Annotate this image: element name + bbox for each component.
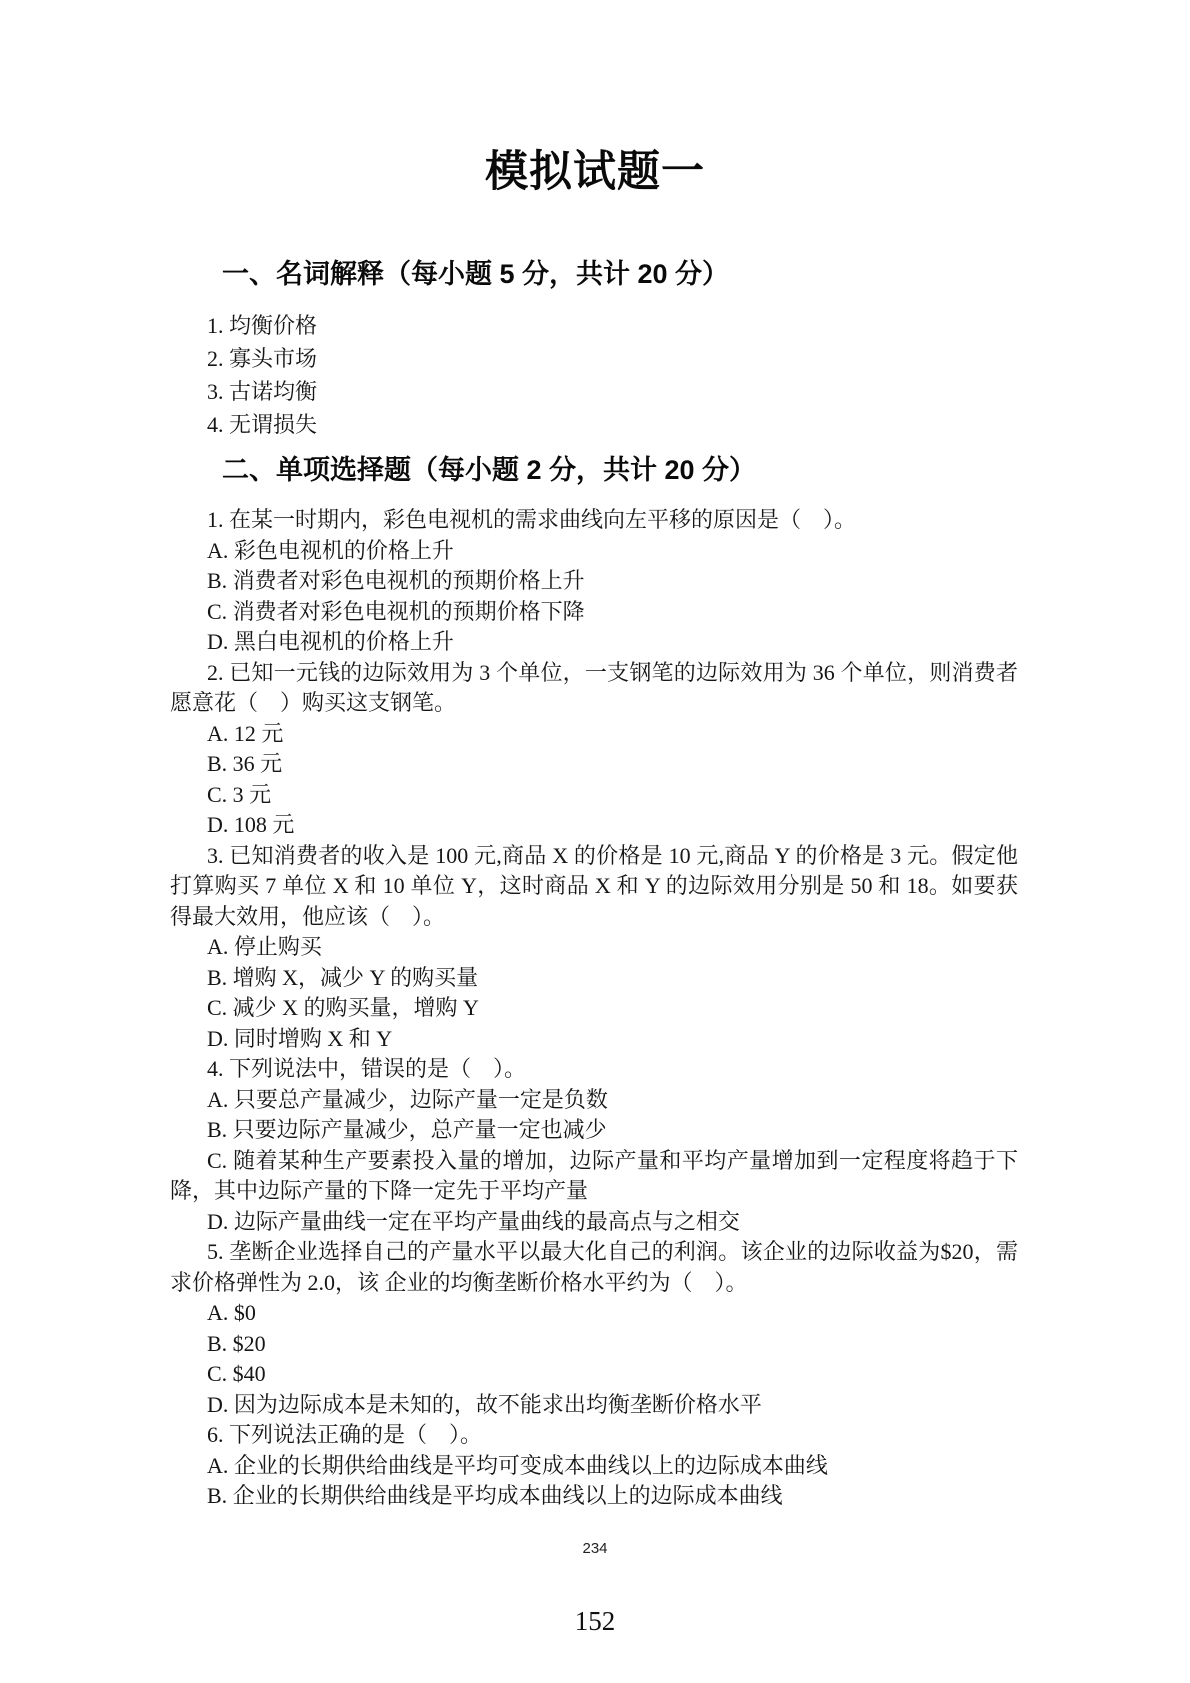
question-1-stem: 1. 在某一时期内，彩色电视机的需求曲线向左平移的原因是（ ）。 (170, 505, 1018, 536)
question-5-option-D: D. 因为边际成本是未知的，故不能求出均衡垄断价格水平 (170, 1390, 1018, 1421)
question-4-option-D: D. 边际产量曲线一定在平均产量曲线的最高点与之相交 (170, 1207, 1018, 1238)
question-2-option-A: A. 12 元 (170, 719, 1018, 750)
question-3-option-B: B. 增购 X，减少 Y 的购买量 (170, 963, 1018, 994)
page-content: 一、名词解释（每小题 5 分，共计 20 分） 1. 均衡价格 2. 寡头市场 … (170, 257, 1018, 1512)
term-item-3: 3. 古诺均衡 (170, 375, 1018, 408)
question-2-option-B: B. 36 元 (170, 749, 1018, 780)
document-page: 模拟试题一 一、名词解释（每小题 5 分，共计 20 分） 1. 均衡价格 2.… (0, 0, 1190, 1683)
page-number: 152 (0, 1606, 1190, 1637)
term-list: 1. 均衡价格 2. 寡头市场 3. 古诺均衡 4. 无谓损失 (170, 309, 1018, 441)
section-2-heading: 二、单项选择题（每小题 2 分，共计 20 分） (170, 453, 1018, 487)
question-3-option-A: A. 停止购买 (170, 932, 1018, 963)
question-4-option-B: B. 只要边际产量减少，总产量一定也减少 (170, 1115, 1018, 1146)
question-1-option-D: D. 黑白电视机的价格上升 (170, 627, 1018, 658)
question-4-stem: 4. 下列说法中，错误的是（ ）。 (170, 1054, 1018, 1085)
question-list: 1. 在某一时期内，彩色电视机的需求曲线向左平移的原因是（ ）。A. 彩色电视机… (170, 505, 1018, 1512)
term-item-1: 1. 均衡价格 (170, 309, 1018, 342)
question-3-stem: 3. 已知消费者的收入是 100 元,商品 X 的价格是 10 元,商品 Y 的… (170, 841, 1018, 933)
question-5-option-B: B. $20 (170, 1329, 1018, 1360)
page-title: 模拟试题一 (0, 0, 1190, 199)
question-2-option-D: D. 108 元 (170, 810, 1018, 841)
question-5-stem: 5. 垄断企业选择自己的产量水平以最大化自己的利润。该企业的边际收益为$20，需… (170, 1237, 1018, 1298)
inner-page-number: 234 (0, 1540, 1190, 1557)
question-1-option-A: A. 彩色电视机的价格上升 (170, 536, 1018, 567)
question-3-option-C: C. 减少 X 的购买量，增购 Y (170, 993, 1018, 1024)
question-1-option-B: B. 消费者对彩色电视机的预期价格上升 (170, 566, 1018, 597)
question-6-stem: 6. 下列说法正确的是（ ）。 (170, 1420, 1018, 1451)
question-2-option-C: C. 3 元 (170, 780, 1018, 811)
term-item-4: 4. 无谓损失 (170, 408, 1018, 441)
question-5-option-C: C. $40 (170, 1359, 1018, 1390)
question-3-option-D: D. 同时增购 X 和 Y (170, 1024, 1018, 1055)
question-1-option-C: C. 消费者对彩色电视机的预期价格下降 (170, 597, 1018, 628)
question-6-option-A: A. 企业的长期供给曲线是平均可变成本曲线以上的边际成本曲线 (170, 1451, 1018, 1482)
question-5-option-A: A. $0 (170, 1298, 1018, 1329)
question-4-option-A: A. 只要总产量减少，边际产量一定是负数 (170, 1085, 1018, 1116)
question-4-option-C: C. 随着某种生产要素投入量的增加，边际产量和平均产量增加到一定程度将趋于下降，… (170, 1146, 1018, 1207)
term-item-2: 2. 寡头市场 (170, 342, 1018, 375)
section-1-heading: 一、名词解释（每小题 5 分，共计 20 分） (170, 257, 1018, 291)
question-6-option-B: B. 企业的长期供给曲线是平均成本曲线以上的边际成本曲线 (170, 1481, 1018, 1512)
question-2-stem: 2. 已知一元钱的边际效用为 3 个单位，一支钢笔的边际效用为 36 个单位，则… (170, 658, 1018, 719)
